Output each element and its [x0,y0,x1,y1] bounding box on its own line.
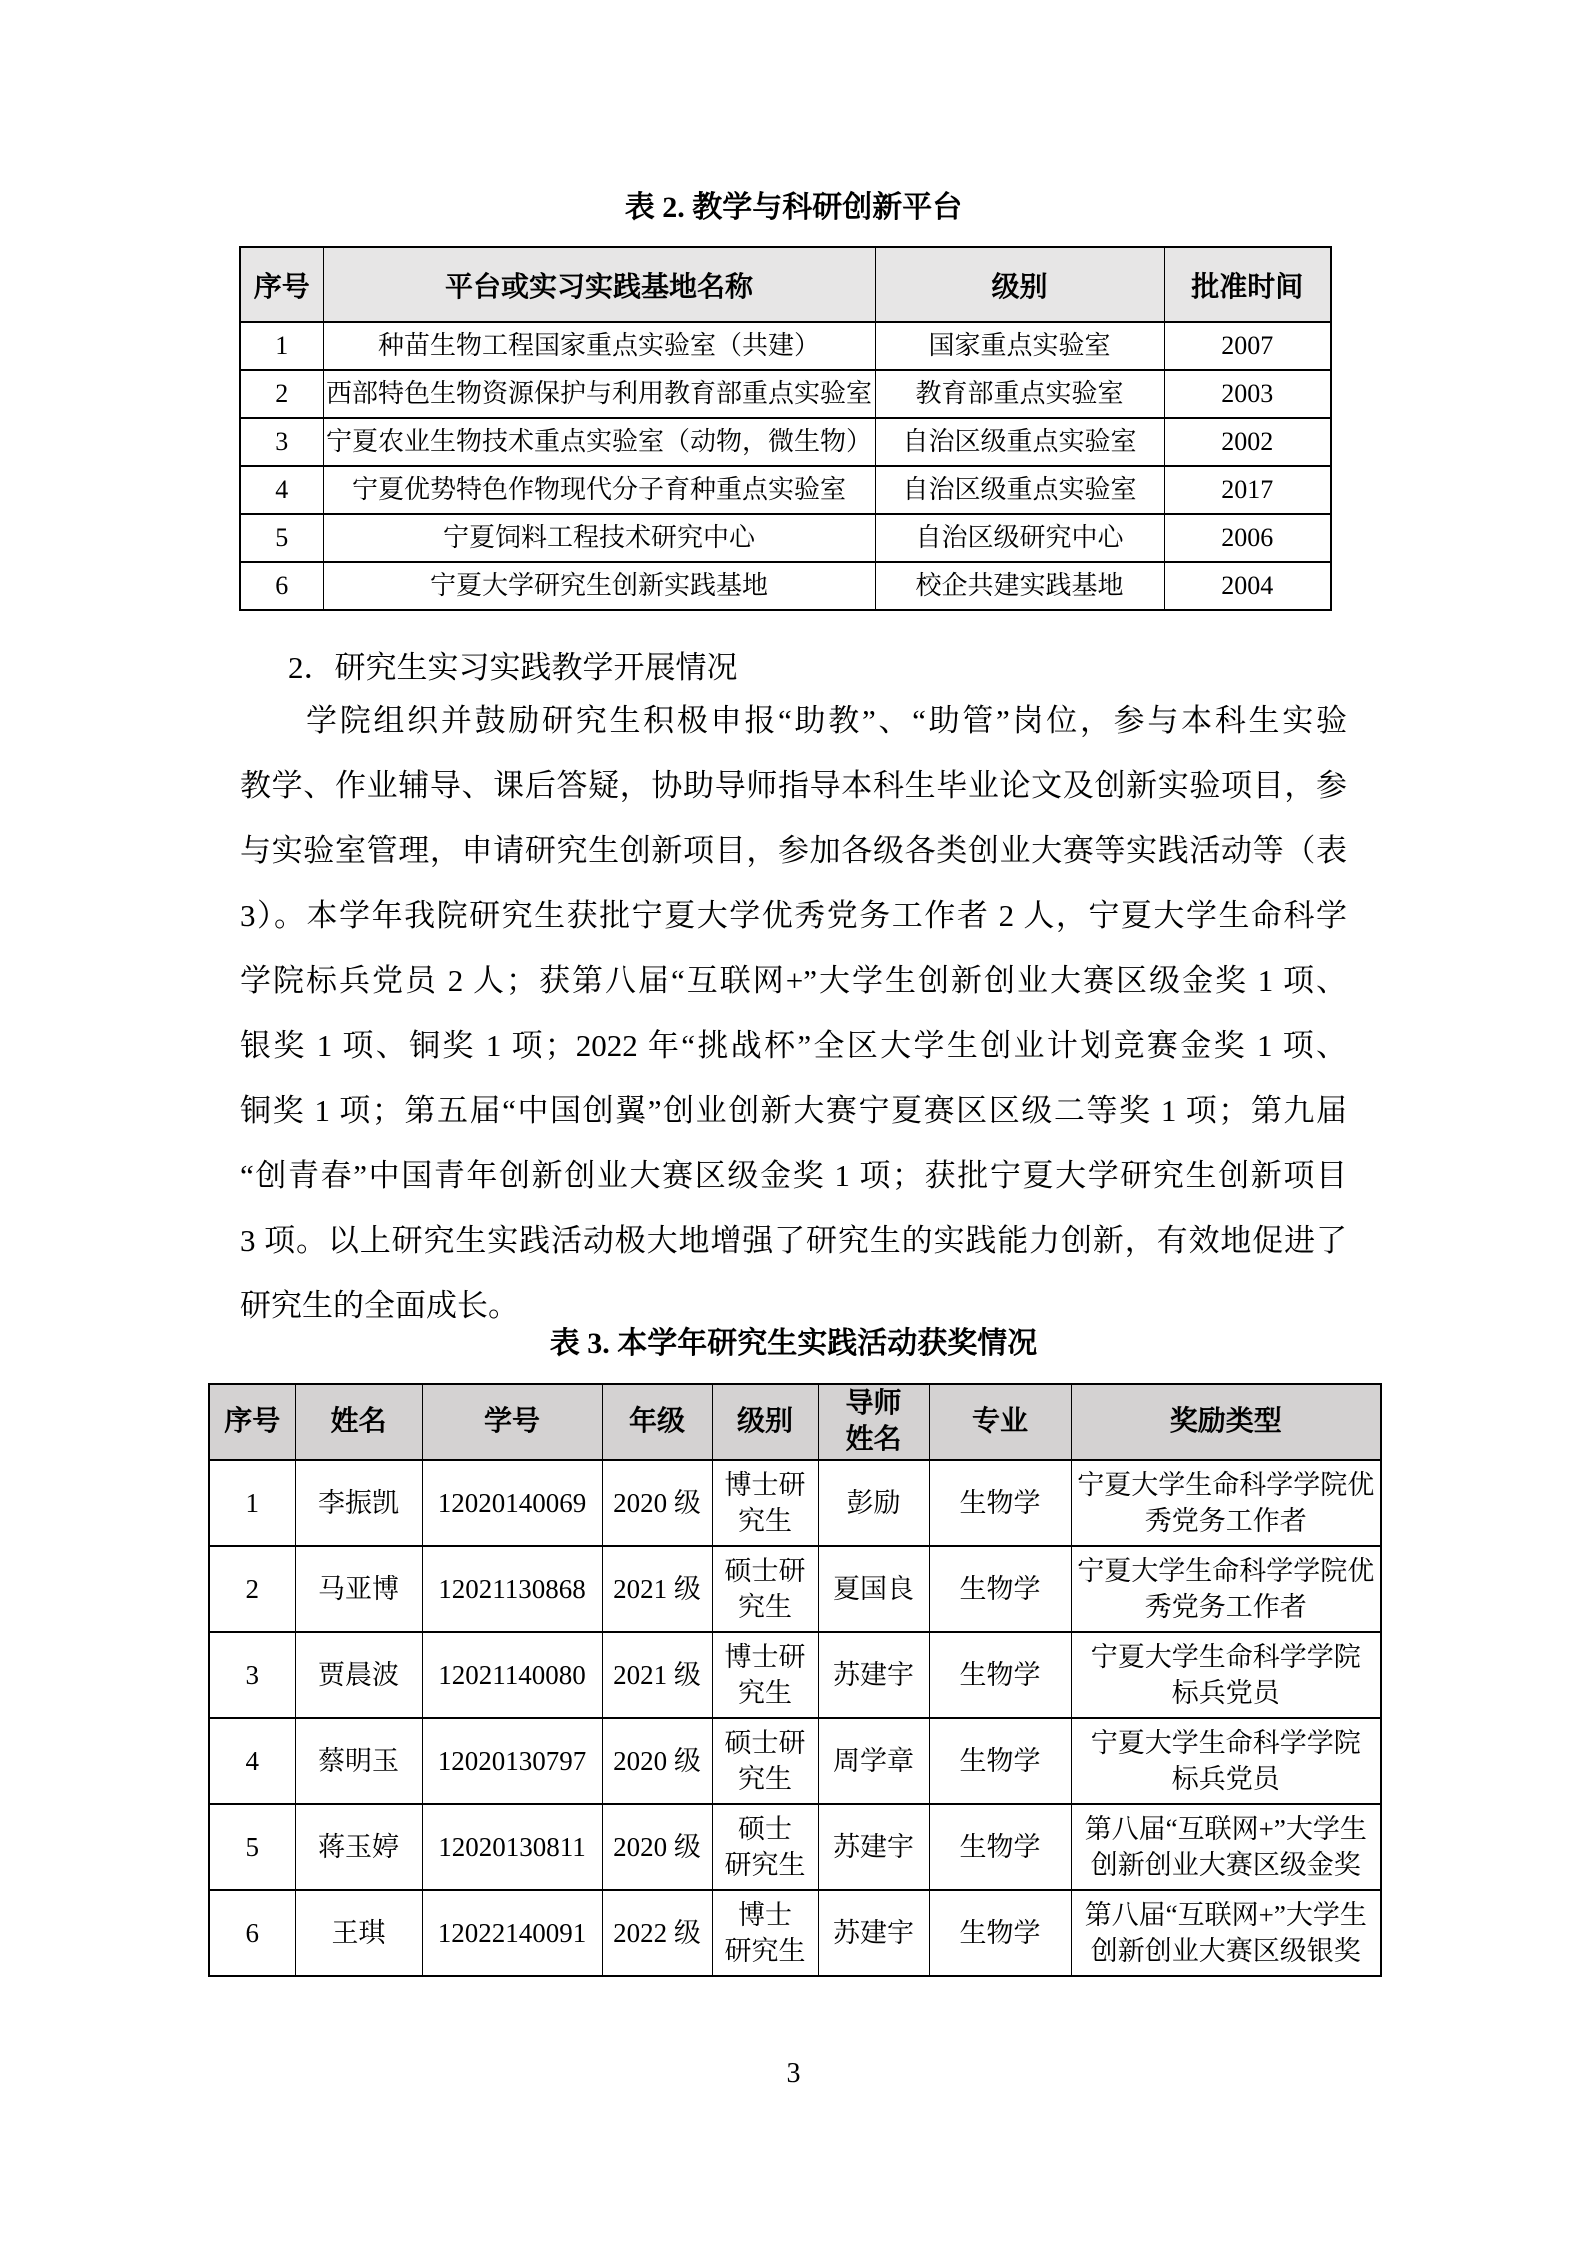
table-cell: 2004 [1164,562,1331,610]
table-cell: 自治区级重点实验室 [875,418,1164,466]
platforms-table-body: 1种苗生物工程国家重点实验室（共建）国家重点实验室20072西部特色生物资源保护… [240,322,1331,610]
table-row: 2西部特色生物资源保护与利用教育部重点实验室教育部重点实验室2003 [240,370,1331,418]
table-row: 6王琪120221400912022 级博士 研究生苏建宇生物学第八届“互联网+… [209,1890,1381,1976]
platforms-table-header: 序号平台或实习实践基地名称级别批准时间 [240,247,1331,322]
table-cell: 宁夏大学研究生创新实践基地 [323,562,875,610]
table-row: 5宁夏饲料工程技术研究中心自治区级研究中心2006 [240,514,1331,562]
table-cell: 12021140080 [422,1632,602,1718]
table-cell: 生物学 [929,1804,1071,1890]
table-row: 6宁夏大学研究生创新实践基地校企共建实践基地2004 [240,562,1331,610]
table-row: 1李振凯120201400692020 级博士研 究生彭励生物学宁夏大学生命科学… [209,1460,1381,1546]
table-row: 4宁夏优势特色作物现代分子育种重点实验室自治区级重点实验室2017 [240,466,1331,514]
table-cell: 12022140091 [422,1890,602,1976]
table-cell: 4 [240,466,323,514]
table-cell: 2020 级 [602,1718,712,1804]
table-cell: 生物学 [929,1718,1071,1804]
column-header: 学号 [422,1384,602,1460]
table-row: 1种苗生物工程国家重点实验室（共建）国家重点实验室2007 [240,322,1331,370]
table-cell: 6 [240,562,323,610]
table-cell: 生物学 [929,1632,1071,1718]
table-cell: 苏建宇 [818,1890,929,1976]
table-cell: 生物学 [929,1546,1071,1632]
table-cell: 12020130797 [422,1718,602,1804]
table-cell: 苏建宇 [818,1804,929,1890]
column-header: 批准时间 [1164,247,1331,322]
table-cell: 12020140069 [422,1460,602,1546]
table-cell: 教育部重点实验室 [875,370,1164,418]
column-header: 平台或实习实践基地名称 [323,247,875,322]
table-row: 3贾晨波120211400802021 级博士研 究生苏建宇生物学宁夏大学生命科… [209,1632,1381,1718]
table-cell: 5 [240,514,323,562]
table-cell: 2017 [1164,466,1331,514]
header-row: 序号平台或实习实践基地名称级别批准时间 [240,247,1331,322]
table-cell: 国家重点实验室 [875,322,1164,370]
table-cell: 2003 [1164,370,1331,418]
body-paragraph: 学院组织并鼓励研究生积极申报“助教”、“助管”岗位，参与本科生实验教学、作业辅导… [240,688,1347,1338]
document-page: 表 2. 教学与科研创新平台 序号平台或实习实践基地名称级别批准时间 1种苗生物… [0,0,1587,2245]
table-cell: 种苗生物工程国家重点实验室（共建） [323,322,875,370]
table-cell: 宁夏大学生命科学学院 标兵党员 [1071,1632,1381,1718]
table-cell: 第八届“互联网+”大学生 创新创业大赛区级银奖 [1071,1890,1381,1976]
table-cell: 西部特色生物资源保护与利用教育部重点实验室 [323,370,875,418]
table-cell: 2007 [1164,322,1331,370]
paragraph-line: 学院组织并鼓励研究生积极申报“助教”、“助管”岗位，参与本科生实验 [240,688,1347,753]
column-header: 奖励类型 [1071,1384,1381,1460]
platforms-table: 序号平台或实习实践基地名称级别批准时间 1种苗生物工程国家重点实验室（共建）国家… [239,246,1332,611]
table-cell: 1 [240,322,323,370]
table-cell: 彭励 [818,1460,929,1546]
section-heading: 2．研究生实习实践教学开展情况 [240,646,1347,690]
table-cell: 宁夏大学生命科学学院优 秀党务工作者 [1071,1460,1381,1546]
table-cell: 1 [209,1460,295,1546]
column-header: 序号 [240,247,323,322]
table-cell: 2 [209,1546,295,1632]
table-row: 4蔡明玉120201307972020 级硕士研 究生周学章生物学宁夏大学生命科… [209,1718,1381,1804]
table-cell: 3 [240,418,323,466]
table-cell: 生物学 [929,1890,1071,1976]
paragraph-line: 银奖 1 项、铜奖 1 项；2022 年“挑战杯”全区大学生创业计划竞赛金奖 1… [240,1013,1347,1078]
table-cell: 校企共建实践基地 [875,562,1164,610]
table-cell: 3 [209,1632,295,1718]
table-cell: 2022 级 [602,1890,712,1976]
table-cell: 马亚博 [295,1546,422,1632]
column-header: 年级 [602,1384,712,1460]
table-cell: 2020 级 [602,1460,712,1546]
paragraph-line: 与实验室管理，申请研究生创新项目，参加各级各类创业大赛等实践活动等（表 [240,818,1347,883]
paragraph-line: 3 项。以上研究生实践活动极大地增强了研究生的实践能力创新，有效地促进了 [240,1208,1347,1273]
table-cell: 博士 研究生 [712,1890,818,1976]
table-cell: 博士研 究生 [712,1460,818,1546]
column-header: 级别 [712,1384,818,1460]
table-cell: 2021 级 [602,1632,712,1718]
table-cell: 2006 [1164,514,1331,562]
table-row: 2马亚博120211308682021 级硕士研 究生夏国良生物学宁夏大学生命科… [209,1546,1381,1632]
table-cell: 宁夏大学生命科学学院优 秀党务工作者 [1071,1546,1381,1632]
table-cell: 2021 级 [602,1546,712,1632]
table-cell: 6 [209,1890,295,1976]
table-cell: 宁夏饲料工程技术研究中心 [323,514,875,562]
table-cell: 李振凯 [295,1460,422,1546]
column-header: 导师 姓名 [818,1384,929,1460]
column-header: 专业 [929,1384,1071,1460]
column-header: 序号 [209,1384,295,1460]
table2-title: 表 2. 教学与科研创新平台 [0,190,1587,226]
table-cell: 自治区级研究中心 [875,514,1164,562]
paragraph-line: 学院标兵党员 2 人；获第八届“互联网+”大学生创新创业大赛区级金奖 1 项、 [240,948,1347,1013]
table-cell: 周学章 [818,1718,929,1804]
table-cell: 宁夏大学生命科学学院 标兵党员 [1071,1718,1381,1804]
table-row: 3宁夏农业生物技术重点实验室（动物，微生物）自治区级重点实验室2002 [240,418,1331,466]
table-cell: 12020130811 [422,1804,602,1890]
table-cell: 蔡明玉 [295,1718,422,1804]
table-cell: 蒋玉婷 [295,1804,422,1890]
table-cell: 4 [209,1718,295,1804]
table-cell: 宁夏农业生物技术重点实验室（动物，微生物） [323,418,875,466]
header-row: 序号姓名学号年级级别导师 姓名专业奖励类型 [209,1384,1381,1460]
table-cell: 硕士 研究生 [712,1804,818,1890]
table-cell: 硕士研 究生 [712,1718,818,1804]
column-header: 级别 [875,247,1164,322]
table-cell: 博士研 究生 [712,1632,818,1718]
table-row: 5蒋玉婷120201308112020 级硕士 研究生苏建宇生物学第八届“互联网… [209,1804,1381,1890]
table-cell: 宁夏优势特色作物现代分子育种重点实验室 [323,466,875,514]
table-cell: 2002 [1164,418,1331,466]
page-number: 3 [0,2058,1587,2090]
awards-table-body: 1李振凯120201400692020 级博士研 究生彭励生物学宁夏大学生命科学… [209,1460,1381,1976]
paragraph-line: 铜奖 1 项；第五届“中国创翼”创业创新大赛宁夏赛区区级二等奖 1 项；第九届 [240,1078,1347,1143]
table-cell: 硕士研 究生 [712,1546,818,1632]
paragraph-line: 3）。本学年我院研究生获批宁夏大学优秀党务工作者 2 人，宁夏大学生命科学 [240,883,1347,948]
table-cell: 第八届“互联网+”大学生 创新创业大赛区级金奖 [1071,1804,1381,1890]
table-cell: 2020 级 [602,1804,712,1890]
table-cell: 12021130868 [422,1546,602,1632]
table-cell: 5 [209,1804,295,1890]
column-header: 姓名 [295,1384,422,1460]
paragraph-line: “创青春”中国青年创新创业大赛区级金奖 1 项；获批宁夏大学研究生创新项目 [240,1143,1347,1208]
table-cell: 苏建宇 [818,1632,929,1718]
table-cell: 2 [240,370,323,418]
table-cell: 生物学 [929,1460,1071,1546]
table-cell: 自治区级重点实验室 [875,466,1164,514]
paragraph-line: 教学、作业辅导、课后答疑，协助导师指导本科生毕业论文及创新实验项目，参 [240,753,1347,818]
awards-table: 序号姓名学号年级级别导师 姓名专业奖励类型 1李振凯12020140069202… [208,1383,1382,1977]
awards-table-header: 序号姓名学号年级级别导师 姓名专业奖励类型 [209,1384,1381,1460]
table-cell: 夏国良 [818,1546,929,1632]
table3-title: 表 3. 本学年研究生实践活动获奖情况 [0,1326,1587,1362]
table-cell: 王琪 [295,1890,422,1976]
table-cell: 贾晨波 [295,1632,422,1718]
